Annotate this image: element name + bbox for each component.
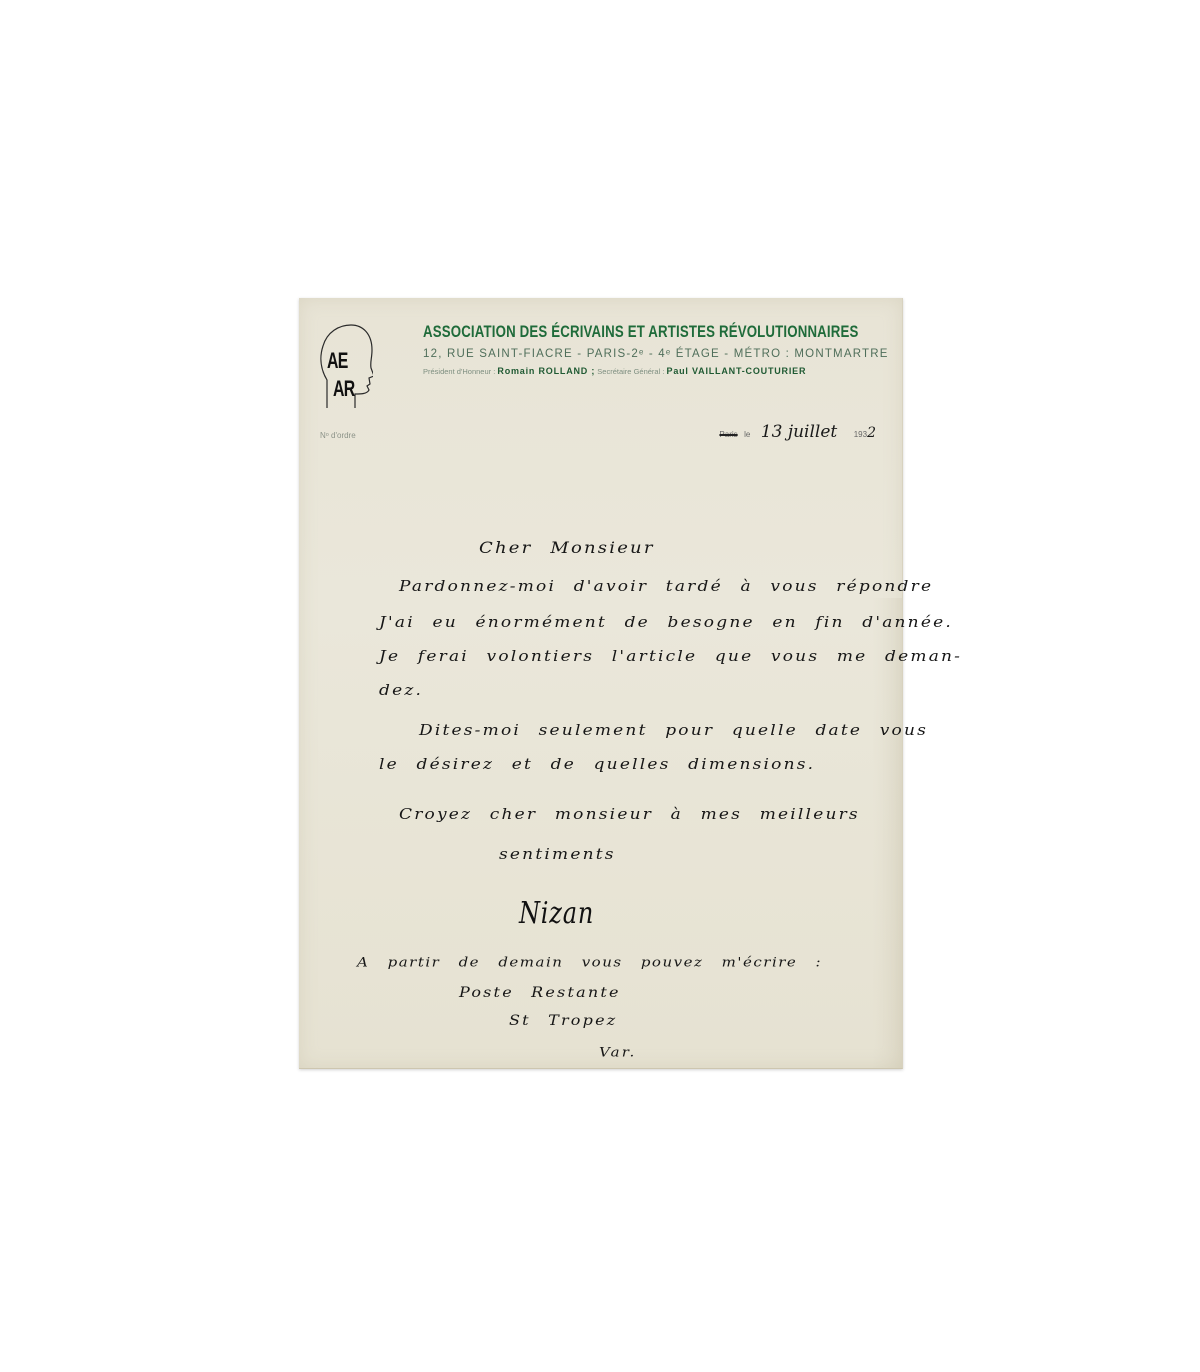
logo-ar: AR	[333, 378, 354, 400]
letter-line: Pardonnez-moi d'avoir tardé à vous répon…	[399, 578, 933, 596]
secretary-name: Paul VAILLANT-COUTURIER	[667, 366, 807, 376]
letter-sheet: AE AR ASSOCIATION DES ÉCRIVAINS ET ARTIS…	[299, 298, 903, 1069]
struck-place: Paris	[719, 430, 737, 439]
secretary-label: Secrétaire Général :	[597, 367, 664, 376]
letter-line: Dites-moi seulement pour quelle date vou…	[419, 722, 928, 740]
letter-line: sentiments	[499, 846, 616, 864]
organization-officers: Président d'Honneur : Romain ROLLAND ; S…	[423, 366, 806, 376]
paper-fold	[872, 598, 902, 1068]
date-year-handwritten: 2	[867, 425, 876, 441]
date-le: le	[744, 430, 750, 439]
aear-logo: AE AR	[317, 324, 373, 408]
organization-title: ASSOCIATION DES ÉCRIVAINS ET ARTISTES RÉ…	[423, 322, 858, 342]
president-name: Romain ROLLAND ;	[497, 366, 595, 376]
postscript-line: A partir de demain vous pouvez m'écrire …	[357, 954, 822, 970]
president-label: Président d'Honneur :	[423, 367, 495, 376]
order-number-label: Nᵒ d'ordre	[320, 431, 356, 440]
logo-ae: AE	[327, 350, 348, 372]
postscript-line: Var.	[599, 1044, 637, 1060]
signature: Nizan	[519, 896, 594, 931]
salutation: Cher Monsieur	[479, 539, 655, 557]
letter-line: le désirez et de quelles dimensions.	[379, 756, 815, 774]
postscript-line: St Tropez	[509, 1012, 617, 1029]
date-line: Paris le 13 juillet 1932	[719, 422, 876, 442]
date-day-month: 13 juillet	[761, 422, 837, 442]
letter-line: dez.	[379, 682, 423, 700]
organization-address: 12, RUE SAINT-FIACRE - PARIS-2ᵉ - 4ᵉ ÉTA…	[423, 348, 889, 360]
letter-line: J'ai eu énormément de besogne en fin d'a…	[379, 614, 953, 632]
postscript-line: Poste Restante	[459, 984, 621, 1001]
letter-line: Je ferai volontiers l'article que vous m…	[379, 648, 962, 666]
letter-line: Croyez cher monsieur à mes meilleurs	[399, 806, 860, 824]
date-year-printed: 193	[854, 430, 867, 439]
